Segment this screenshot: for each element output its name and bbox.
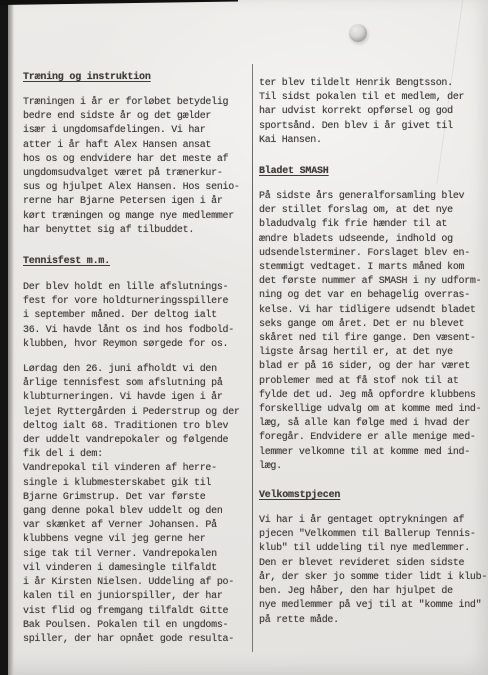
paragraph-tennisfest-pokaler: Lørdag den 26. juni afholdt vi den årlig… [23, 363, 253, 647]
scanned-newsletter-page: Træning og instruktion Træningen i år er… [0, 0, 488, 675]
paragraph-tennisfest-afslutningsfest: Der blev holdt en lille afslutnings- fes… [23, 281, 253, 352]
scan-edge-left-shadow [8, 0, 14, 675]
heading-velkomstpjecen: Velkomstpjecen [259, 490, 486, 501]
scan-edge-left [0, 0, 8, 675]
heading-bladet-smash: Bladet SMASH [259, 166, 486, 177]
paragraph-velkomstpjecen: Vi har i år gentaget optrykningen af pje… [259, 514, 486, 628]
left-column: Træning og instruktion Træningen i år er… [23, 72, 253, 647]
scan-edge-top [0, 0, 238, 5]
paragraph-pokaler-fortsat: ter blev tildelt Henrik Bengtsson. Til s… [259, 77, 486, 148]
heading-tennisfest: Tennisfest m.m. [23, 256, 253, 267]
hole-punch [349, 24, 367, 42]
heading-traening-og-instruktion: Træning og instruktion [23, 72, 253, 83]
paragraph-traening: Træningen i år er forløbet betydelig bed… [23, 96, 253, 238]
right-column: ter blev tildelt Henrik Bengtsson. Til s… [259, 77, 486, 628]
paragraph-bladet-smash: På sidste års generalforsamling blev der… [259, 190, 486, 474]
